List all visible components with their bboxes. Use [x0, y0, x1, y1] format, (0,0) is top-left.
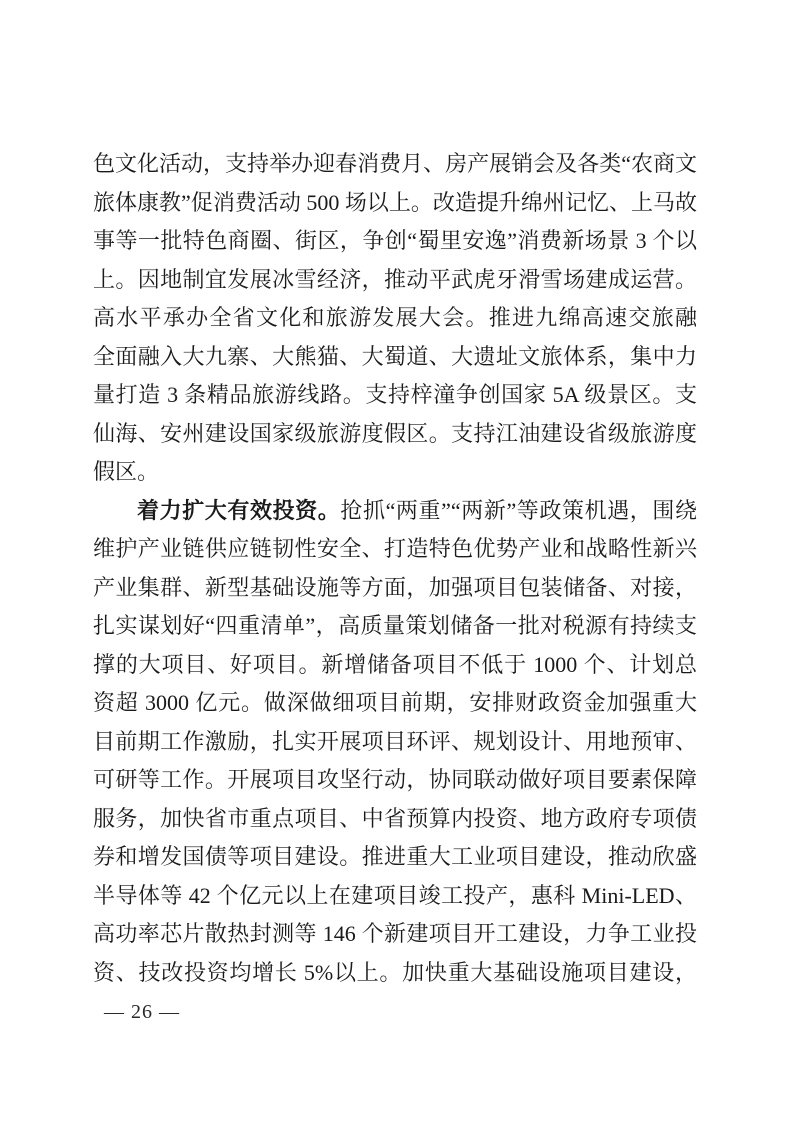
text-line: 资超 3000 亿元。做深做细项目前期，安排财政资金加强重大项 — [93, 684, 697, 723]
text-line: 维护产业链供应链韧性安全、打造特色优势产业和战略性新兴 — [93, 530, 697, 569]
text-line: 产业集群、新型基础设施等方面，加强项目包装储备、对接， — [93, 569, 697, 608]
text-line: 着力扩大有效投资。抢抓“两重”“两新”等政策机遇，围绕 — [93, 492, 697, 531]
text-line: 目前期工作激励，扎实开展项目环评、规划设计、用地预审、 — [93, 723, 697, 762]
text-line: 资、技改投资均增长 5%以上。加快重大基础设施项目建设，力 — [93, 954, 697, 993]
text-line: 券和增发国债等项目建设。推进重大工业项目建设，推动欣盛 — [93, 838, 697, 877]
body-text-run: 色文化活动，支持举办迎春消费月、房产展销会及各类“农商文 — [93, 151, 697, 176]
body-text-run: 可研等工作。开展项目攻坚行动，协同联动做好项目要素保障 — [93, 767, 697, 792]
text-line: 全面融入大九寨、大熊猫、大蜀道、大遗址文旅体系，集中力 — [93, 338, 697, 377]
body-text-run: 券和增发国债等项目建设。推进重大工业项目建设，推动欣盛 — [93, 844, 697, 869]
emphasis-text: 着力扩大有效投资。 — [137, 498, 340, 523]
body-text-run: 旅体康教”促消费活动 500 场以上。改造提升绵州记忆、上马故 — [93, 190, 697, 215]
body-text-run: 假区。 — [93, 459, 159, 484]
body-text-run: 量打造 3 条精品旅游线路。支持梓潼争创国家 5A 级景区。支持 — [93, 382, 697, 415]
body-text-run: 扎实谋划好“四重清单”，高质量策划储备一批对税源有持续支 — [93, 613, 697, 638]
body-text-run: 仙海、安州建设国家级旅游度假区。支持江油建设省级旅游度 — [93, 421, 697, 446]
text-line: 扎实谋划好“四重清单”，高质量策划储备一批对税源有持续支 — [93, 607, 697, 646]
text-line: 服务，加快省市重点项目、中省预算内投资、地方政府专项债 — [93, 800, 697, 839]
text-line: 色文化活动，支持举办迎春消费月、房产展销会及各类“农商文 — [93, 145, 697, 184]
page-number: — 26 — — [104, 1001, 180, 1023]
text-line: 高功率芯片散热封测等 146 个新建项目开工建设，力争工业投 — [93, 915, 697, 954]
body-text-run: 服务，加快省市重点项目、中省预算内投资、地方政府专项债 — [93, 806, 697, 831]
text-line: 撑的大项目、好项目。新增储备项目不低于 1000 个、计划总投 — [93, 646, 697, 685]
text-line: 可研等工作。开展项目攻坚行动，协同联动做好项目要素保障 — [93, 761, 697, 800]
body-text-run: 抢抓“两重”“两新”等政策机遇，围绕 — [340, 498, 697, 523]
body-text-run: 高水平承办全省文化和旅游发展大会。推进九绵高速交旅融合， — [93, 305, 697, 338]
text-line: 高水平承办全省文化和旅游发展大会。推进九绵高速交旅融合， — [93, 299, 697, 338]
body-text-run: 事等一批特色商圈、街区，争创“蜀里安逸”消费新场景 3 个以 — [93, 228, 697, 253]
body-text-run: 产业集群、新型基础设施等方面，加强项目包装储备、对接， — [93, 575, 697, 600]
text-line: 半导体等 42 个亿元以上在建项目竣工投产，惠科 Mini-LED、 — [93, 877, 697, 916]
body-text-run: 资、技改投资均增长 5%以上。加快重大基础设施项目建设，力 — [93, 960, 697, 993]
body-text-run: 上。因地制宜发展冰雪经济，推动平武虎牙滑雪场建成运营。 — [93, 267, 697, 292]
page-footer: — 26 — — [104, 1000, 180, 1024]
text-line: 量打造 3 条精品旅游线路。支持梓潼争创国家 5A 级景区。支持 — [93, 376, 697, 415]
text-line: 上。因地制宜发展冰雪经济，推动平武虎牙滑雪场建成运营。 — [93, 261, 697, 300]
text-line: 假区。 — [93, 453, 697, 492]
text-line: 旅体康教”促消费活动 500 场以上。改造提升绵州记忆、上马故 — [93, 184, 697, 223]
body-text-run: 半导体等 42 个亿元以上在建项目竣工投产，惠科 Mini-LED、 — [93, 883, 697, 908]
body-text-run: 高功率芯片散热封测等 146 个新建项目开工建设，力争工业投 — [93, 921, 697, 946]
text-line: 仙海、安州建设国家级旅游度假区。支持江油建设省级旅游度 — [93, 415, 697, 454]
body-text-run: 全面融入大九寨、大熊猫、大蜀道、大遗址文旅体系，集中力 — [93, 344, 697, 369]
body-text-run: 撑的大项目、好项目。新增储备项目不低于 1000 个、计划总投 — [93, 652, 697, 685]
body-text-run: 目前期工作激励，扎实开展项目环评、规划设计、用地预审、 — [93, 729, 697, 754]
body-text-run: 资超 3000 亿元。做深做细项目前期，安排财政资金加强重大项 — [93, 690, 697, 723]
text-line: 事等一批特色商圈、街区，争创“蜀里安逸”消费新场景 3 个以 — [93, 222, 697, 261]
body-text-run: 维护产业链供应链韧性安全、打造特色优势产业和战略性新兴 — [93, 536, 697, 561]
body-text: 色文化活动，支持举办迎春消费月、房产展销会及各类“农商文旅体康教”促消费活动 5… — [93, 145, 697, 992]
document-page: 色文化活动，支持举办迎春消费月、房产展销会及各类“农商文旅体康教”促消费活动 5… — [0, 0, 793, 1122]
